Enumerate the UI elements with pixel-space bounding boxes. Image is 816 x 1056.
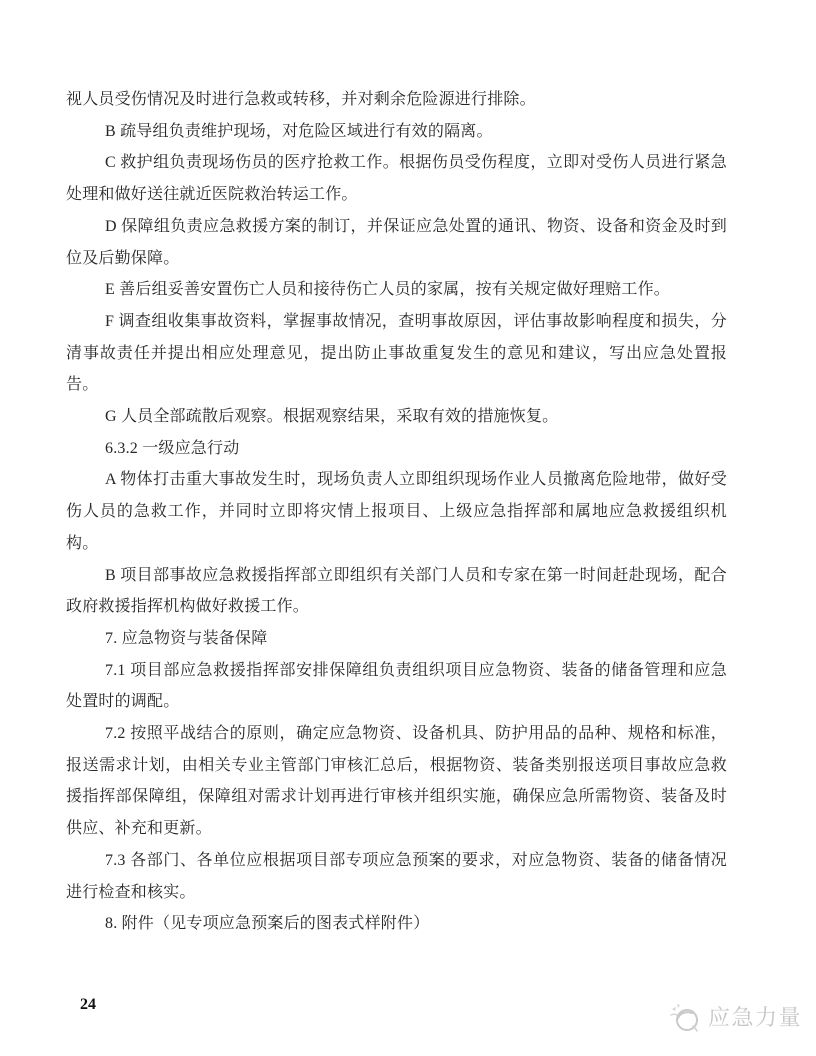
watermark-text: 应急力量 — [708, 1001, 802, 1034]
paragraph-item-b2: B 项目部事故应急救援指挥部立即组织有关部门人员和专家在第一时间赶赴现场，配合政… — [66, 560, 727, 623]
heading-8: 8. 附件（见专项应急预案后的图表式样附件） — [66, 908, 727, 940]
emergency-force-logo-icon — [668, 1001, 701, 1034]
paragraph-7-1: 7.1 项目部应急救援指挥部安排保障组负责组织项目应急物资、装备的储备管理和应急… — [66, 655, 727, 718]
paragraph-item-e: E 善后组妥善安置伤亡人员和接待伤亡人员的家属，按有关规定做好理赔工作。 — [66, 274, 727, 306]
paragraph-item-f: F 调查组收集事故资料，掌握事故情况，查明事故原因，评估事故影响程度和损失，分清… — [66, 306, 727, 401]
paragraph-item-g: G 人员全部疏散后观察。根据观察结果，采取有效的措施恢复。 — [66, 401, 727, 433]
page-number: 24 — [80, 996, 96, 1014]
paragraph-7-3: 7.3 各部门、各单位应根据项目部专项应急预案的要求，对应急物资、装备的储备情况… — [66, 845, 727, 908]
paragraph-item-d: D 保障组负责应急救援方案的制订，并保证应急处置的通讯、物资、设备和资金及时到位… — [66, 211, 727, 274]
heading-7: 7. 应急物资与装备保障 — [66, 623, 727, 655]
document-body: 视人员受伤情况及时进行急救或转移，并对剩余危险源进行排除。 B 疏导组负责维护现… — [66, 84, 727, 940]
document-page: 视人员受伤情况及时进行急救或转移，并对剩余危险源进行排除。 B 疏导组负责维护现… — [0, 0, 816, 1056]
paragraph-continuation: 视人员受伤情况及时进行急救或转移，并对剩余危险源进行排除。 — [66, 84, 727, 116]
paragraph-item-c: C 救护组负责现场伤员的医疗抢救工作。根据伤员受伤程度，立即对受伤人员进行紧急处… — [66, 147, 727, 210]
watermark: 应急力量 — [668, 1001, 802, 1034]
paragraph-7-2: 7.2 按照平战结合的原则，确定应急物资、设备机具、防护用品的品种、规格和标准，… — [66, 718, 727, 845]
paragraph-item-a2: A 物体打击重大事故发生时，现场负责人立即组织现场作业人员撤离危险地带，做好受伤… — [66, 464, 727, 559]
heading-6-3-2: 6.3.2 一级应急行动 — [66, 433, 727, 465]
paragraph-item-b: B 疏导组负责维护现场，对危险区域进行有效的隔离。 — [66, 116, 727, 148]
